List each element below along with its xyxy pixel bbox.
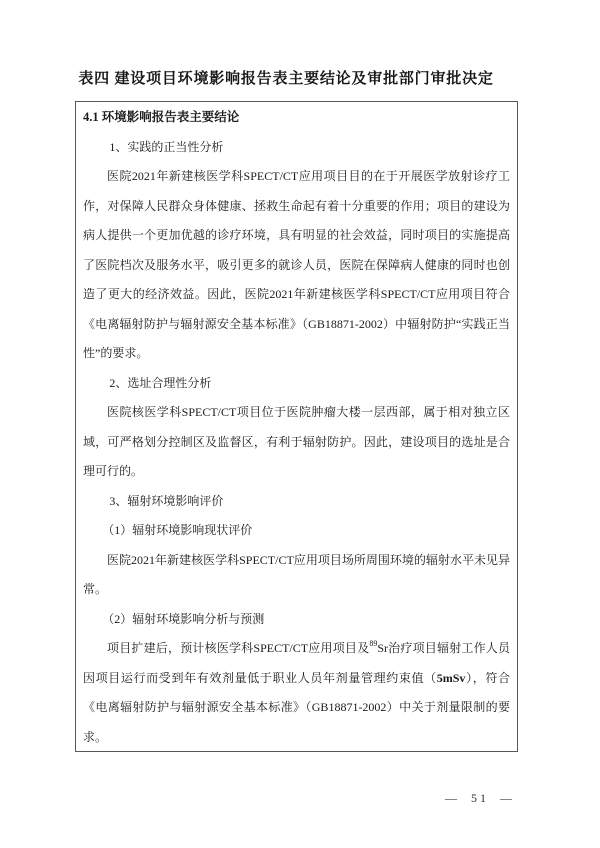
paragraph-siting-analysis: 医院核医学科SPECT/CT项目位于医院肿瘤大楼一层西部，属于相对独立区域，可严… xyxy=(83,398,510,487)
report-conclusion-box: 4.1 环境影响报告表主要结论 1、实践的正当性分析 医院2021年新建核医学科… xyxy=(75,101,518,752)
page-number: — 51 — xyxy=(405,791,555,806)
paragraph-dose-prediction: 项目扩建后，预计核医学科SPECT/CT应用项目及89Sr治疗项目辐射工作人员因… xyxy=(83,634,510,752)
item-heading-justification: 1、实践的正当性分析 xyxy=(83,133,510,163)
subheading-impact-prediction: （2）辐射环境影响分析与预测 xyxy=(83,605,510,635)
page-title: 表四 建设项目环境影响报告表主要结论及审批部门审批决定 xyxy=(0,67,572,88)
paragraph-current-status: 医院2021年新建核医学科SPECT/CT应用项目场所周围环境的辐射水平未见异常… xyxy=(83,546,510,605)
section-heading-4-1: 4.1 环境影响报告表主要结论 xyxy=(83,103,510,133)
subheading-current-status: （1）辐射环境影响现状评价 xyxy=(83,516,510,546)
text-segment: 项目扩建后，预计核医学科SPECT/CT应用项目及 xyxy=(107,641,369,655)
item-heading-siting: 2、选址合理性分析 xyxy=(83,369,510,399)
document-page: 表四 建设项目环境影响报告表主要结论及审批部门审批决定 4.1 环境影响报告表主… xyxy=(0,0,600,848)
item-heading-radiation-impact: 3、辐射环境影响评价 xyxy=(83,487,510,517)
dose-limit-value: 5mSv xyxy=(437,671,466,685)
paragraph-justification-analysis: 医院2021年新建核医学科SPECT/CT应用项目目的在于开展医学放射诊疗工作，… xyxy=(83,162,510,369)
